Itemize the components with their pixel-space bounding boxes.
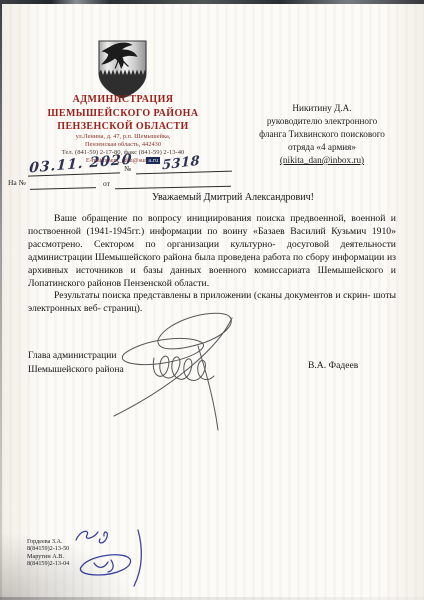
org-line-1: АДМИНИСТРАЦИЯ bbox=[16, 93, 230, 107]
scan-left-edge bbox=[0, 0, 2, 600]
from-date-underline bbox=[115, 186, 231, 189]
handwritten-outgoing-number: 5318 bbox=[162, 154, 200, 174]
email-highlight-artifact: a.ru bbox=[146, 157, 160, 164]
blue-ink-initials bbox=[70, 524, 152, 590]
recipient-title-3: отряда «4 армия» bbox=[236, 141, 408, 154]
scanned-letter-page: АДМИНИСТРАЦИЯ ШЕМЫШЕЙСКОГО РАЙОНА ПЕНЗЕН… bbox=[0, 0, 424, 600]
address-line-2: Пензенская область, 442430 bbox=[16, 141, 230, 149]
body-paragraph-1: Ваше обращение по вопросу инициирования … bbox=[28, 213, 396, 290]
recipient-block: Никитину Д.А. руководителю электронного … bbox=[236, 102, 408, 167]
from-date-label: от bbox=[103, 179, 110, 188]
letterhead-org-name: АДМИНИСТРАЦИЯ ШЕМЫШЕЙСКОГО РАЙОНА ПЕНЗЕН… bbox=[16, 93, 230, 134]
reply-to-number-label: На № bbox=[8, 178, 26, 187]
letter-body: Ваше обращение по вопросу инициирования … bbox=[28, 213, 396, 316]
org-line-3: ПЕНЗЕНСКОЙ ОБЛАСТИ bbox=[16, 120, 230, 134]
executor-1-phone: 8(84159)2-13-50 bbox=[27, 545, 69, 552]
number-sign-label: № bbox=[124, 164, 131, 173]
reply-number-underline bbox=[30, 187, 96, 190]
scan-top-edge bbox=[0, 0, 424, 4]
recipient-title-2: фланга Тихвинского поискового bbox=[236, 128, 408, 141]
recipient-title-1: руководителю электронного bbox=[236, 115, 408, 128]
executor-2-phone: 8(84159)2-13-04 bbox=[27, 560, 69, 567]
handwritten-signature bbox=[106, 306, 268, 436]
coat-of-arms-swallow-icon bbox=[96, 39, 149, 101]
executor-contacts: Гордеева З.А. 8(84159)2-13-50 Марутин А.… bbox=[27, 538, 69, 567]
recipient-name: Никитину Д.А. bbox=[236, 102, 408, 115]
number-underline bbox=[136, 171, 232, 175]
org-line-2: ШЕМЫШЕЙСКОГО РАЙОНА bbox=[16, 107, 230, 121]
address-line-1: ул.Ленина, д. 47, р.п. Шемышейка, bbox=[16, 133, 230, 141]
recipient-email: (nikita_dan@inbox.ru) bbox=[236, 154, 408, 167]
executor-1-name: Гордеева З.А. bbox=[27, 538, 69, 545]
salutation: Уважаемый Дмитрий Александрович! bbox=[70, 192, 396, 203]
executor-2-name: Марутин А.В. bbox=[27, 553, 69, 560]
signer-name: В.А. Фадеев bbox=[308, 360, 358, 371]
